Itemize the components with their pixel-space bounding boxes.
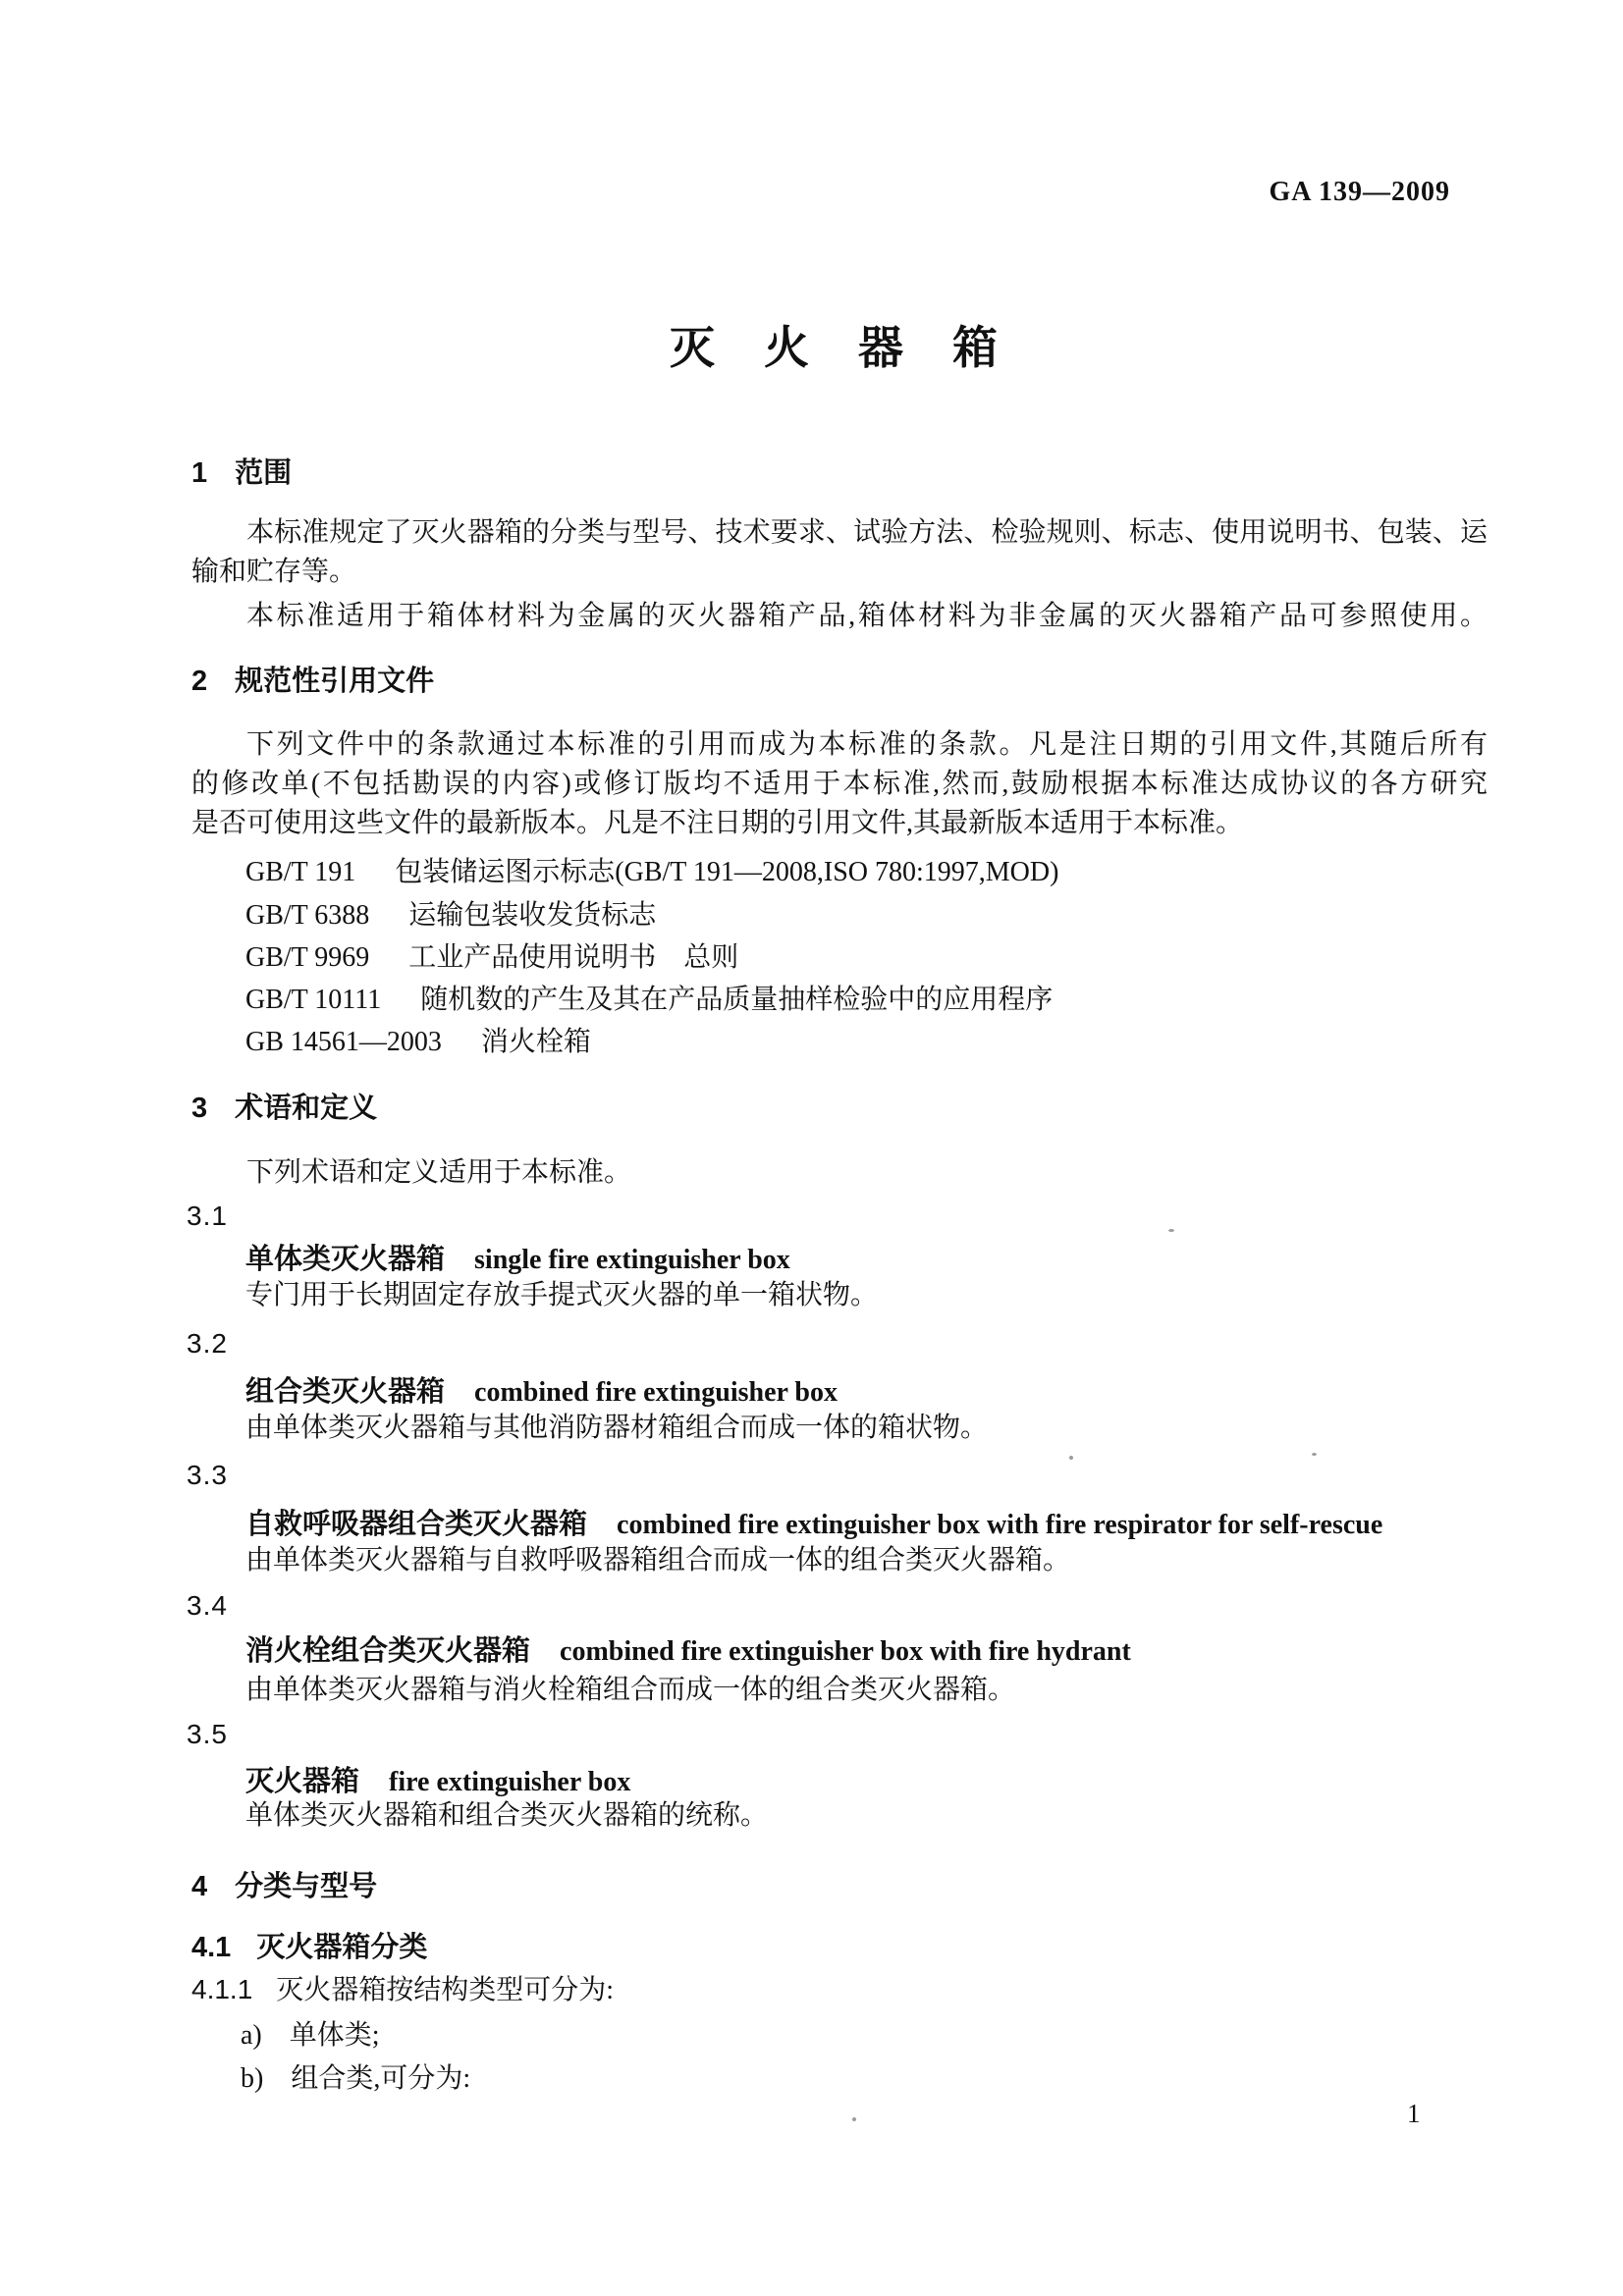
document-title: 灭 火 器 箱 bbox=[191, 312, 1478, 377]
term-zh: 组合类灭火器箱 bbox=[245, 1369, 445, 1410]
scan-artifact bbox=[1069, 1456, 1073, 1460]
term-definition: 由单体类灭火器箱与其他消防器材箱组合而成一体的箱状物。 bbox=[245, 1409, 988, 1448]
section-title: 规范性引用文件 bbox=[235, 664, 434, 699]
section-number: 4.1 bbox=[191, 1930, 231, 1965]
paragraph-line: 输和贮存等。 bbox=[191, 553, 356, 592]
list-item-a: a) 单体类; bbox=[241, 2016, 380, 2056]
section-number: 1 bbox=[191, 455, 207, 491]
scan-artifact bbox=[1168, 1229, 1174, 1232]
section-heading-classification: 4 分类与型号 bbox=[191, 1869, 377, 1904]
subsection-heading-4-1: 4.1 灭火器箱分类 bbox=[191, 1930, 427, 1965]
list-marker: b) bbox=[241, 2059, 263, 2099]
term-definition: 由单体类灭火器箱与自救呼吸器箱组合而成一体的组合类灭火器箱。 bbox=[245, 1541, 1070, 1580]
paragraph-line: 下列文件中的条款通过本标准的引用而成为本标准的条款。凡是注日期的引用文件,其随后… bbox=[191, 725, 1488, 765]
term-heading: 组合类灭火器箱 combined fire extinguisher box bbox=[245, 1369, 838, 1410]
term-definition: 单体类灭火器箱和组合类灭火器箱的统称。 bbox=[245, 1796, 768, 1836]
reference-code: GB/T 6388 bbox=[245, 896, 369, 935]
term-number: 3.3 bbox=[187, 1458, 228, 1493]
standard-code: GA 139—2009 bbox=[191, 177, 1450, 208]
reference-item: GB/T 191 包装储运图示标志(GB/T 191—2008,ISO 780:… bbox=[245, 853, 1058, 892]
reference-code: GB/T 191 bbox=[245, 853, 355, 892]
term-zh: 自救呼吸器组合类灭火器箱 bbox=[245, 1502, 587, 1542]
term-en: fire extinguisher box bbox=[389, 1767, 630, 1798]
list-marker: a) bbox=[241, 2016, 262, 2056]
paragraph-line: 本标准适用于箱体材料为金属的灭火器箱产品,箱体材料为非金属的灭火器箱产品可参照使… bbox=[191, 597, 1488, 636]
term-number: 3.2 bbox=[187, 1326, 228, 1362]
reference-code: GB 14561—2003 bbox=[245, 1023, 442, 1062]
term-en: combined fire extinguisher box bbox=[474, 1377, 838, 1409]
scan-artifact bbox=[1312, 1453, 1317, 1456]
section-heading-terms: 3 术语和定义 bbox=[191, 1091, 377, 1126]
term-en: single fire extinguisher box bbox=[474, 1245, 790, 1276]
reference-title: 运输包装收发货标志 bbox=[408, 896, 656, 935]
reference-title: 随机数的产生及其在产品质量抽样检验中的应用程序 bbox=[420, 981, 1053, 1020]
term-definition: 专门用于长期固定存放手提式灭火器的单一箱状物。 bbox=[245, 1276, 878, 1315]
scan-artifact bbox=[852, 2117, 856, 2121]
reference-item: GB/T 10111 随机数的产生及其在产品质量抽样检验中的应用程序 bbox=[245, 981, 1053, 1020]
list-text: 组合类,可分为: bbox=[291, 2059, 470, 2099]
reference-code: GB/T 10111 bbox=[245, 981, 381, 1020]
section-title: 术语和定义 bbox=[235, 1091, 377, 1126]
reference-title: 工业产品使用说明书 总则 bbox=[408, 938, 738, 978]
term-number: 3.4 bbox=[187, 1588, 228, 1624]
section-heading-normative-references: 2 规范性引用文件 bbox=[191, 664, 434, 699]
list-text: 单体类; bbox=[290, 2016, 380, 2056]
term-heading: 消火栓组合类灭火器箱 combined fire extinguisher bo… bbox=[245, 1629, 1131, 1669]
section-title: 范围 bbox=[235, 455, 292, 491]
clause-4-1-1: 4.1.1 灭火器箱按结构类型可分为: bbox=[191, 1972, 614, 2008]
page-number: 1 bbox=[1407, 2099, 1421, 2129]
term-zh: 消火栓组合类灭火器箱 bbox=[245, 1629, 530, 1669]
term-definition: 由单体类灭火器箱与消火栓箱组合而成一体的组合类灭火器箱。 bbox=[245, 1671, 1015, 1710]
term-heading: 单体类灭火器箱 single fire extinguisher box bbox=[245, 1237, 790, 1277]
section-number: 3 bbox=[191, 1091, 207, 1126]
term-heading: 自救呼吸器组合类灭火器箱 combined fire extinguisher … bbox=[245, 1502, 1382, 1542]
paragraph-line: 本标准规定了灭火器箱的分类与型号、技术要求、试验方法、检验规则、标志、使用说明书… bbox=[191, 513, 1488, 553]
section-title: 分类与型号 bbox=[235, 1869, 377, 1904]
reference-title: 消火栓箱 bbox=[481, 1023, 591, 1062]
paragraph-line: 的修改单(不包括勘误的内容)或修订版均不适用于本标准,然而,鼓励根据本标准达成协… bbox=[191, 765, 1488, 804]
reference-item: GB/T 9969 工业产品使用说明书 总则 bbox=[245, 938, 738, 978]
clause-number: 4.1.1 bbox=[191, 1972, 252, 2007]
term-zh: 单体类灭火器箱 bbox=[245, 1237, 445, 1277]
reference-item: GB 14561—2003 消火栓箱 bbox=[245, 1023, 591, 1062]
term-heading: 灭火器箱 fire extinguisher box bbox=[245, 1759, 630, 1799]
paragraph-line: 下列术语和定义适用于本标准。 bbox=[191, 1153, 631, 1193]
paragraph-line: 是否可使用这些文件的最新版本。凡是不注日期的引用文件,其最新版本适用于本标准。 bbox=[191, 804, 1243, 843]
section-title: 灭火器箱分类 bbox=[256, 1930, 427, 1965]
section-number: 4 bbox=[191, 1869, 207, 1904]
section-heading-scope: 1 范围 bbox=[191, 455, 292, 491]
clause-text: 灭火器箱按结构类型可分为: bbox=[276, 1973, 614, 2008]
list-item-b: b) 组合类,可分为: bbox=[241, 2059, 470, 2099]
reference-code: GB/T 9969 bbox=[245, 938, 369, 978]
section-number: 2 bbox=[191, 664, 207, 699]
reference-title: 包装储运图示标志(GB/T 191—2008,ISO 780:1997,MOD) bbox=[395, 853, 1058, 892]
term-zh: 灭火器箱 bbox=[245, 1759, 359, 1799]
term-number: 3.1 bbox=[187, 1199, 228, 1234]
reference-item: GB/T 6388 运输包装收发货标志 bbox=[245, 896, 656, 935]
term-en: combined fire extinguisher box with fire… bbox=[560, 1636, 1131, 1668]
term-number: 3.5 bbox=[187, 1717, 228, 1752]
term-en: combined fire extinguisher box with fire… bbox=[617, 1510, 1382, 1541]
